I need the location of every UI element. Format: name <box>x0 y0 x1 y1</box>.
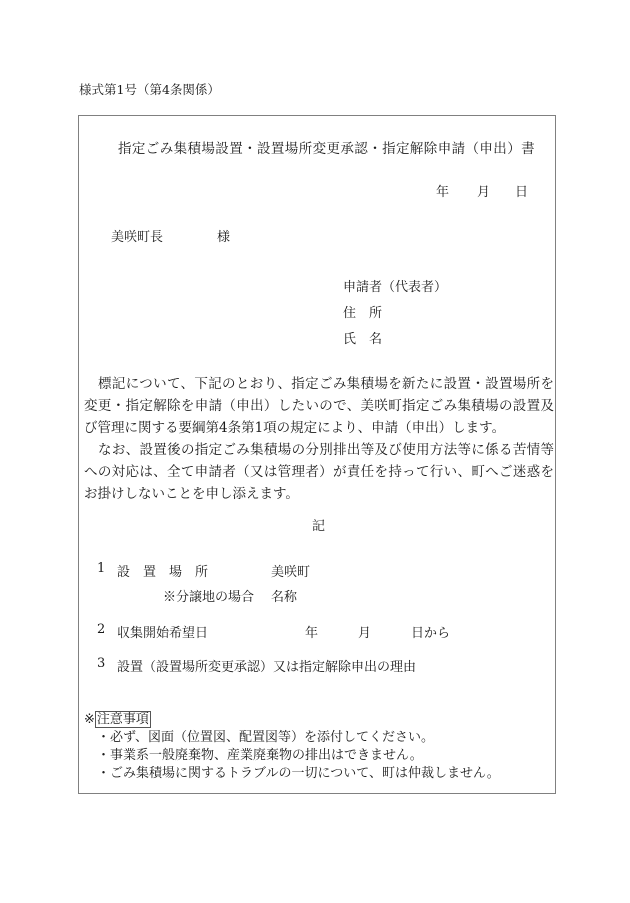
item-2-year: 年 <box>305 622 318 641</box>
notice-heading: ※注意事項 <box>84 708 151 727</box>
item-1-label: 設 置 場 所 <box>117 561 208 580</box>
item-1-number: 1 <box>97 561 105 576</box>
item-1-sub-note: ※分譲地の場合 <box>163 586 254 605</box>
addressee-name: 美咲町長 <box>111 226 163 245</box>
applicant-name-label: 氏 名 <box>343 328 382 347</box>
date-month-label: 月 <box>477 181 490 200</box>
date-day-label: 日 <box>515 181 528 200</box>
item-2-day-from: 日から <box>411 622 450 641</box>
item-1-value: 美咲町 <box>271 561 310 580</box>
item-2-label: 収集開始希望日 <box>117 622 208 641</box>
item-3-label: 設置（設置場所変更承認）又は指定解除申出の理由 <box>117 656 416 675</box>
ki-heading: 記 <box>312 515 325 534</box>
item-2-month: 月 <box>358 622 371 641</box>
notice-bullet-3: ・ごみ集積場に関するトラブルの一切について、町は仲裁しません。 <box>97 762 500 781</box>
applicant-address-label: 住 所 <box>343 302 382 321</box>
body-paragraph-2: なお、設置後の指定ごみ集積場の分別排出等及び使用方法等に係る苦情等への対応は、全… <box>84 439 554 505</box>
date-year-label: 年 <box>436 181 449 200</box>
notice-bullet-1: ・必ず、図面（位置図、配置図等）を添付してください。 <box>97 726 434 745</box>
addressee-honorific: 様 <box>217 226 230 245</box>
item-3-number: 3 <box>97 656 105 671</box>
document-title: 指定ごみ集積場設置・設置場所変更承認・指定解除申請（申出）書 <box>118 137 535 157</box>
item-2-number: 2 <box>97 622 105 637</box>
applicant-heading: 申請者（代表者） <box>343 276 447 295</box>
notice-mark: ※ <box>84 712 95 727</box>
item-1-sub-label: 名称 <box>271 586 297 605</box>
form-number: 様式第1号（第4条関係） <box>79 80 220 98</box>
body-paragraph-1: 標記について、下記のとおり、指定ごみ集積場を新たに設置・設置場所を変更・指定解除… <box>84 373 554 439</box>
notice-bullet-2: ・事業系一般廃棄物、産業廃棄物の排出はできません。 <box>97 744 423 763</box>
